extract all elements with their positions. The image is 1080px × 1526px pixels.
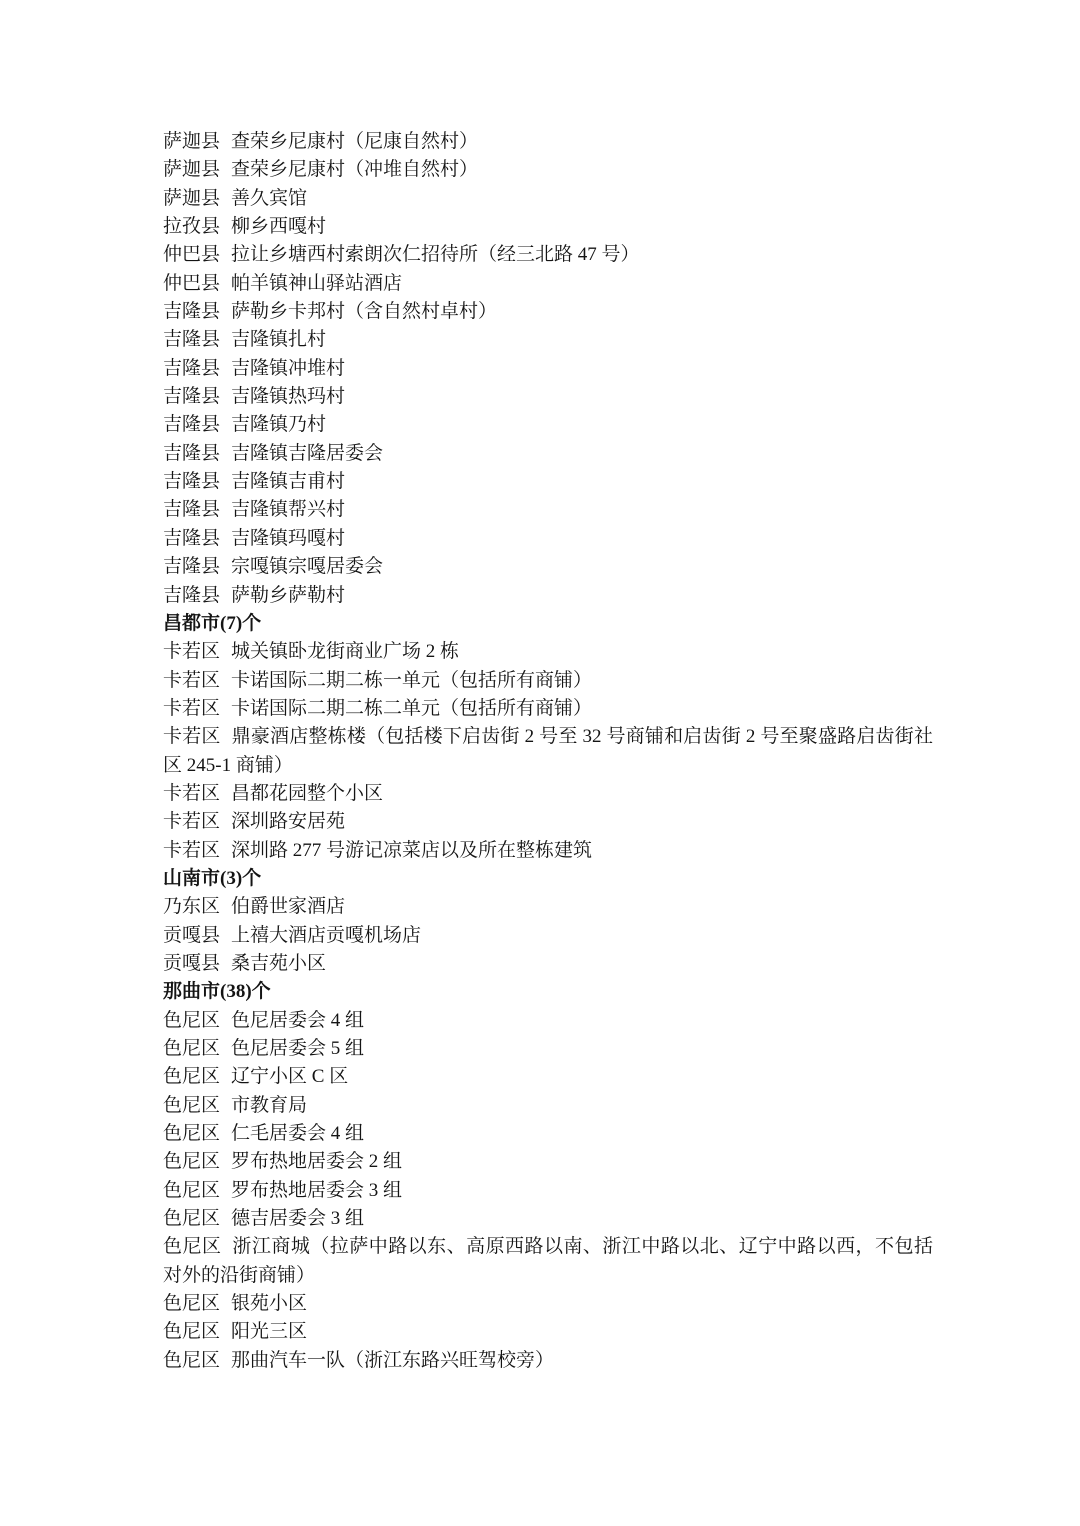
county-label: 卡若区 — [163, 811, 220, 832]
place-text: 查荣乡尼康村（冲堆自然村） — [231, 159, 478, 180]
list-entry: 萨迦县善久宾馆 — [163, 185, 933, 213]
place-text: 宗嘎镇宗嘎居委会 — [231, 556, 383, 577]
county-label: 吉隆县 — [163, 471, 220, 492]
risk-area-list: 萨迦县查荣乡尼康村（尼康自然村）萨迦县查荣乡尼康村（冲堆自然村）萨迦县善久宾馆拉… — [0, 0, 1080, 1375]
place-text: 昌都花园整个小区 — [231, 783, 383, 804]
county-label: 色尼区 — [163, 1293, 220, 1314]
place-text: 吉隆镇热玛村 — [231, 386, 345, 407]
place-text: 拉让乡塘西村索朗次仁招待所（经三北路 47 号） — [231, 244, 640, 265]
county-label: 吉隆县 — [163, 499, 220, 520]
list-entry: 色尼区色尼居委会 5 组 — [163, 1035, 933, 1063]
list-entry: 色尼区阳光三区 — [163, 1318, 933, 1346]
place-text: 善久宾馆 — [231, 188, 307, 209]
place-text: 上禧大酒店贡嘎机场店 — [231, 925, 421, 946]
county-label: 色尼区 — [163, 1095, 220, 1116]
place-text: 城关镇卧龙街商业广场 2 栋 — [231, 641, 459, 662]
county-label: 色尼区 — [163, 1038, 220, 1059]
county-label: 吉隆县 — [163, 301, 220, 322]
place-text: 卡诺国际二期二栋一单元（包括所有商铺） — [231, 670, 592, 691]
list-entry: 卡若区深圳路 277 号游记凉菜店以及所在整栋建筑 — [163, 837, 933, 865]
county-label: 吉隆县 — [163, 414, 220, 435]
place-text: 萨勒乡萨勒村 — [231, 585, 345, 606]
list-entry: 吉隆县宗嘎镇宗嘎居委会 — [163, 553, 933, 581]
place-text: 深圳路 277 号游记凉菜店以及所在整栋建筑 — [231, 840, 592, 861]
place-text: 吉隆镇乃村 — [231, 414, 326, 435]
place-text: 市教育局 — [231, 1095, 307, 1116]
list-entry: 卡若区深圳路安居苑 — [163, 808, 933, 836]
county-label: 卡若区 — [163, 670, 220, 691]
county-label: 色尼区 — [163, 1151, 220, 1172]
county-label: 吉隆县 — [163, 556, 220, 577]
place-text: 吉隆镇吉甫村 — [231, 471, 345, 492]
county-label: 卡若区 — [163, 641, 220, 662]
list-entry: 卡若区卡诺国际二期二栋二单元（包括所有商铺） — [163, 695, 933, 723]
county-label: 拉孜县 — [163, 216, 220, 237]
place-text: 仁毛居委会 4 组 — [231, 1123, 364, 1144]
place-text: 罗布热地居委会 2 组 — [231, 1151, 402, 1172]
list-entry: 吉隆县吉隆镇吉隆居委会 — [163, 440, 933, 468]
list-entry: 色尼区德吉居委会 3 组 — [163, 1205, 933, 1233]
place-text: 浙江商城（拉萨中路以东、高原西路以南、浙江中路以北、辽宁中路以西，不包括对外的沿… — [163, 1236, 933, 1285]
list-entry: 仲巴县帕羊镇神山驿站酒店 — [163, 270, 933, 298]
county-label: 色尼区 — [163, 1208, 220, 1229]
list-entry: 卡若区昌都花园整个小区 — [163, 780, 933, 808]
county-label: 色尼区 — [163, 1180, 220, 1201]
place-text: 阳光三区 — [231, 1321, 307, 1342]
list-entry: 吉隆县吉隆镇扎村 — [163, 326, 933, 354]
county-label: 萨迦县 — [163, 188, 220, 209]
county-label: 仲巴县 — [163, 273, 220, 294]
place-text: 萨勒乡卡邦村（含自然村卓村） — [231, 301, 497, 322]
list-entry: 拉孜县柳乡西嘎村 — [163, 213, 933, 241]
list-entry: 吉隆县吉隆镇吉甫村 — [163, 468, 933, 496]
place-text: 色尼居委会 4 组 — [231, 1010, 364, 1031]
place-text: 卡诺国际二期二栋二单元（包括所有商铺） — [231, 698, 592, 719]
county-label: 色尼区 — [163, 1321, 220, 1342]
list-entry: 色尼区仁毛居委会 4 组 — [163, 1120, 933, 1148]
list-entry: 萨迦县查荣乡尼康村（尼康自然村） — [163, 128, 933, 156]
list-entry: 色尼区那曲汽车一队（浙江东路兴旺驾校旁） — [163, 1347, 933, 1375]
list-entry: 色尼区银苑小区 — [163, 1290, 933, 1318]
place-text: 桑吉苑小区 — [231, 953, 326, 974]
county-label: 萨迦县 — [163, 159, 220, 180]
place-text: 罗布热地居委会 3 组 — [231, 1180, 402, 1201]
list-entry: 卡若区城关镇卧龙街商业广场 2 栋 — [163, 638, 933, 666]
list-entry: 吉隆县萨勒乡萨勒村 — [163, 582, 933, 610]
list-entry: 仲巴县拉让乡塘西村索朗次仁招待所（经三北路 47 号） — [163, 241, 933, 269]
county-label: 卡若区 — [163, 840, 220, 861]
place-text: 吉隆镇帮兴村 — [231, 499, 345, 520]
place-text: 色尼居委会 5 组 — [231, 1038, 364, 1059]
place-text: 辽宁小区 C 区 — [231, 1066, 348, 1087]
county-label: 卡若区 — [163, 726, 221, 747]
list-entry: 色尼区市教育局 — [163, 1092, 933, 1120]
list-entry: 色尼区罗布热地居委会 3 组 — [163, 1177, 933, 1205]
list-entry: 色尼区浙江商城（拉萨中路以东、高原西路以南、浙江中路以北、辽宁中路以西，不包括对… — [163, 1233, 933, 1290]
list-entry: 萨迦县查荣乡尼康村（冲堆自然村） — [163, 156, 933, 184]
county-label: 吉隆县 — [163, 443, 220, 464]
place-text: 银苑小区 — [231, 1293, 307, 1314]
county-label: 吉隆县 — [163, 329, 220, 350]
county-label: 卡若区 — [163, 783, 220, 804]
place-text: 伯爵世家酒店 — [231, 896, 345, 917]
section-heading: 昌都市(7)个 — [163, 610, 933, 638]
county-label: 色尼区 — [163, 1010, 220, 1031]
section-heading: 那曲市(38)个 — [163, 978, 933, 1006]
list-entry: 吉隆县吉隆镇帮兴村 — [163, 496, 933, 524]
list-entry: 色尼区辽宁小区 C 区 — [163, 1063, 933, 1091]
list-entry: 卡若区卡诺国际二期二栋一单元（包括所有商铺） — [163, 667, 933, 695]
place-text: 帕羊镇神山驿站酒店 — [231, 273, 402, 294]
document-page: 萨迦县查荣乡尼康村（尼康自然村）萨迦县查荣乡尼康村（冲堆自然村）萨迦县善久宾馆拉… — [0, 0, 1080, 1526]
county-label: 吉隆县 — [163, 386, 220, 407]
county-label: 萨迦县 — [163, 131, 220, 152]
place-text: 吉隆镇吉隆居委会 — [231, 443, 383, 464]
county-label: 色尼区 — [163, 1066, 220, 1087]
county-label: 吉隆县 — [163, 358, 220, 379]
list-entry: 吉隆县吉隆镇冲堆村 — [163, 355, 933, 383]
list-entry: 卡若区鼎豪酒店整栋楼（包括楼下启齿街 2 号至 32 号商铺和启齿街 2 号至聚… — [163, 723, 933, 780]
list-entry: 吉隆县萨勒乡卡邦村（含自然村卓村） — [163, 298, 933, 326]
county-label: 吉隆县 — [163, 585, 220, 606]
county-label: 色尼区 — [163, 1123, 220, 1144]
list-entry: 贡嘎县桑吉苑小区 — [163, 950, 933, 978]
list-entry: 色尼区色尼居委会 4 组 — [163, 1007, 933, 1035]
county-label: 乃东区 — [163, 896, 220, 917]
county-label: 色尼区 — [163, 1236, 221, 1257]
county-label: 贡嘎县 — [163, 953, 220, 974]
list-entry: 吉隆县吉隆镇热玛村 — [163, 383, 933, 411]
place-text: 那曲汽车一队（浙江东路兴旺驾校旁） — [231, 1350, 554, 1371]
place-text: 深圳路安居苑 — [231, 811, 345, 832]
place-text: 吉隆镇扎村 — [231, 329, 326, 350]
county-label: 仲巴县 — [163, 244, 220, 265]
list-entry: 色尼区罗布热地居委会 2 组 — [163, 1148, 933, 1176]
section-heading: 山南市(3)个 — [163, 865, 933, 893]
list-entry: 吉隆县吉隆镇乃村 — [163, 411, 933, 439]
place-text: 德吉居委会 3 组 — [231, 1208, 364, 1229]
place-text: 吉隆镇玛嘎村 — [231, 528, 345, 549]
county-label: 吉隆县 — [163, 528, 220, 549]
county-label: 色尼区 — [163, 1350, 220, 1371]
place-text: 吉隆镇冲堆村 — [231, 358, 345, 379]
list-entry: 贡嘎县上禧大酒店贡嘎机场店 — [163, 922, 933, 950]
place-text: 查荣乡尼康村（尼康自然村） — [231, 131, 478, 152]
county-label: 卡若区 — [163, 698, 220, 719]
list-entry: 乃东区伯爵世家酒店 — [163, 893, 933, 921]
county-label: 贡嘎县 — [163, 925, 220, 946]
place-text: 鼎豪酒店整栋楼（包括楼下启齿街 2 号至 32 号商铺和启齿街 2 号至聚盛路启… — [163, 726, 933, 775]
place-text: 柳乡西嘎村 — [231, 216, 326, 237]
list-entry: 吉隆县吉隆镇玛嘎村 — [163, 525, 933, 553]
